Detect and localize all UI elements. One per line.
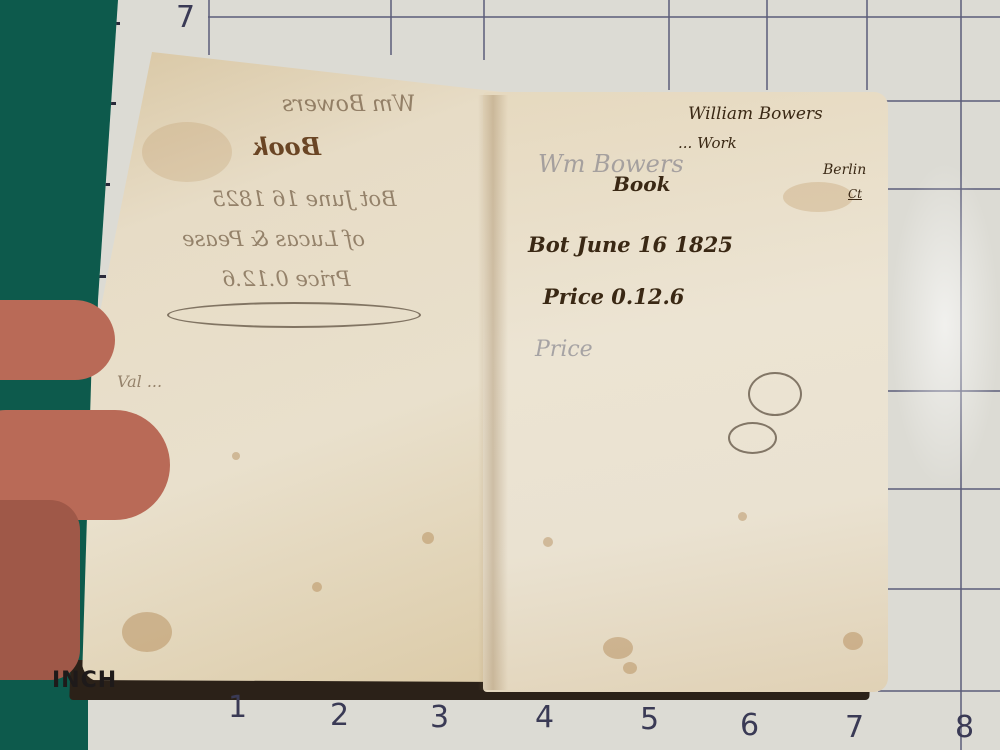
ruler-number: 7 [845,710,864,745]
ruler-unit-label: INCH [52,668,117,693]
grid-line [668,0,670,90]
foxing-stain [603,637,633,659]
grid-line [483,0,485,60]
foxing-stain [738,512,747,521]
offset-ink-book: Book [252,132,321,161]
inscription-line: ... Work [678,134,737,152]
grid-line [208,0,210,55]
foxing-stain [422,532,434,544]
foxing-stain [843,632,863,650]
ruler-number: 3 [430,700,449,735]
offset-ink-book: Book [613,172,670,196]
water-stain [142,122,232,182]
pencil-price: Price [535,337,593,362]
owner-signature: William Bowers [688,104,823,124]
foxing-stain [122,612,172,652]
ruler-number: 8 [955,710,974,745]
grid-line [208,16,1000,18]
ruler-number: 4 [535,700,554,735]
ruler-number: 2 [330,698,349,733]
grid-line [878,100,1000,102]
ink-scribble [748,372,802,416]
offset-ink-seller: of Lucas & Pease [182,227,365,251]
grid-line [878,588,1000,590]
offset-ink-name: Wm Bowers [282,92,416,117]
inscription-state: Ct [848,187,862,201]
flyleaf-page: William Bowers ... Work Berlin Ct Wm Bow… [483,92,888,692]
finger [0,300,115,380]
offset-ink-price: Price 0.12.6 [543,284,684,309]
inscription-town: Berlin [823,162,866,178]
grid-line [390,0,392,55]
faint-mark: Val ... [117,372,162,391]
foxing-stain [312,582,322,592]
foxing-stain [543,537,553,547]
foxing-stain [232,452,240,460]
water-stain [783,182,853,212]
light-glare [890,160,1000,490]
offset-signature-flourish [167,302,421,328]
offset-ink-price: Price 0.12.6 [222,267,351,291]
book-gutter [478,95,508,690]
ruler-number: 5 [640,702,659,737]
offset-ink-date: Bot June 16 1825 [528,232,733,257]
palm [0,500,80,680]
ruler-number: 6 [740,708,759,743]
ruler-number: 1 [228,690,247,725]
foxing-stain [623,662,637,674]
ruler-number-top: 7 [176,0,195,35]
grid-line [878,690,1000,692]
inside-front-cover-page: Wm Bowers Book Bot June 16 1825 of Lucas… [82,52,506,682]
ink-scribble [728,422,777,454]
grid-line [866,0,868,90]
offset-ink-date: Bot June 16 1825 [212,187,397,211]
grid-line [766,0,768,90]
